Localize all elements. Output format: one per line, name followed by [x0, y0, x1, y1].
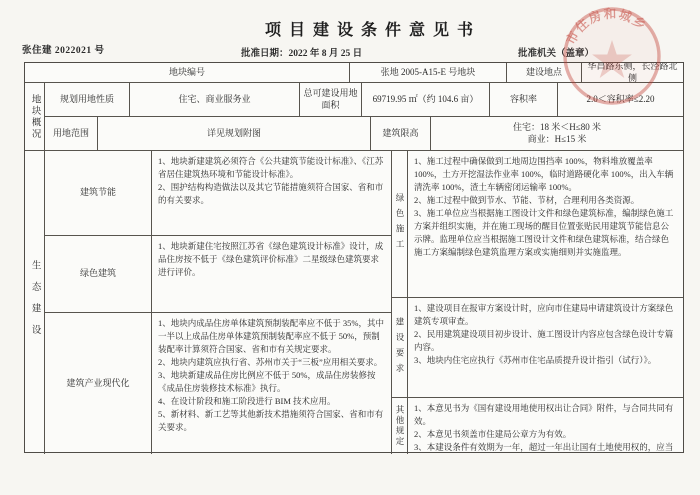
eco-section: 生态建设 建筑节能 1、地块新建建筑必须符合《公共建筑节能设计标准》、《江苏省居… [25, 151, 683, 454]
green-building-label: 绿色建筑 [45, 236, 152, 313]
total-area-value: 69719.95 ㎡（约 104.6 亩） [362, 83, 490, 117]
row-scope: 用地范围 详见规划附图 建筑限高 住宅：18 米＜H≤80 米 商业：H≤15 … [45, 117, 683, 151]
industrialization-content: 1、地块内成品住房单体建筑预制装配率应不低于 35%，其中一半以上成品住房单体建… [152, 313, 392, 454]
construction-requirements-content: 1、建设项目在报审方案设计时，应向市住建局申请建筑设计方案绿色建筑专项审查。 2… [408, 298, 683, 398]
total-area-label: 总可建设用地面积 [300, 83, 362, 117]
eco-section-label: 生态建设 [28, 260, 40, 346]
height-limit-label: 建筑限高 [371, 117, 431, 151]
eco-row-energy: 建筑节能 1、地块新建建筑必须符合《公共建筑节能设计标准》、《江苏省居住建筑热环… [45, 151, 392, 236]
eco-row-industrialization: 建筑产业现代化 1、地块内成品住房单体建筑预制装配率应不低于 35%，其中一半以… [45, 313, 392, 454]
height-limit-value: 住宅：18 米＜H≤80 米 商业：H≤15 米 [431, 117, 683, 151]
row-land-use: 规划用地性质 住宅、商业服务业 总可建设用地面积 69719.95 ㎡（约 10… [45, 83, 683, 117]
row-plot-number: 地块编号 张地 2005-A15-E 号地块 建设地点 华昌路东侧，长泾路北侧 [25, 63, 683, 83]
green-construction-header: 绿色施工 [392, 151, 408, 298]
approval-org-label: 批准机关（盖章） [518, 45, 594, 59]
page-title: 项 目 建 设 条 件 意 见 书 [40, 17, 700, 40]
approval-date: 批准日期：2022 年 8 月 25 日 [241, 45, 362, 59]
row-other-regulations: 其他规定 1、本意见书为《国有建设用地使用权出让合同》附件，与合同共同有效。 2… [392, 398, 683, 454]
green-construction-label: 绿色施工 [394, 193, 405, 255]
other-regulations-label: 其他规定 [394, 405, 405, 447]
plot-number-label: 地块编号 [25, 63, 350, 83]
energy-saving-label: 建筑节能 [45, 151, 152, 236]
eco-section-header: 生态建设 [25, 151, 45, 454]
eco-right-column: 绿色施工 1、施工过程中确保做到工地周边围挡率 100%，物料堆放覆盖率 100… [392, 151, 683, 454]
far-label: 容积率 [490, 83, 558, 117]
energy-saving-content: 1、地块新建建筑必须符合《公共建筑节能设计标准》、《江苏省居住建筑热环境和节能设… [152, 151, 392, 236]
construction-requirements-header: 建设要求 [392, 298, 408, 398]
scope-value: 详见规划附图 [98, 117, 371, 151]
land-use-value: 住宅、商业服务业 [130, 83, 300, 117]
plot-section-label: 地块概况 [28, 94, 40, 140]
row-green-construction: 绿色施工 1、施工过程中确保做到工地周边围挡率 100%，物料堆放覆盖率 100… [392, 151, 683, 298]
green-building-content: 1、地块新建住宅按照江苏省《绿色建筑设计标准》设计，成品住房按不低于《绿色建筑评… [152, 236, 392, 313]
other-regulations-content: 1、本意见书为《国有建设用地使用权出让合同》附件，与合同共同有效。 2、本意见书… [408, 398, 683, 454]
far-value: 2.0＜容积率≤2.20 [558, 83, 683, 117]
eco-left-column: 建筑节能 1、地块新建建筑必须符合《公共建筑节能设计标准》、《江苏省居住建筑热环… [45, 151, 392, 454]
plot-number-value: 张地 2005-A15-E 号地块 [350, 63, 507, 83]
scope-label: 用地范围 [45, 117, 98, 151]
green-construction-content: 1、施工过程中确保做到工地周边围挡率 100%，物料堆放覆盖率 100%，土方开… [408, 151, 683, 298]
conditions-table: 地块编号 张地 2005-A15-E 号地块 建设地点 华昌路东侧，长泾路北侧 … [24, 62, 684, 453]
plot-overview-block: 地块概况 规划用地性质 住宅、商业服务业 总可建设用地面积 69719.95 ㎡… [25, 83, 683, 151]
row-construction-requirements: 建设要求 1、建设项目在报审方案设计时，应向市住建局申请建筑设计方案绿色建筑专项… [392, 298, 683, 398]
document-page: 张住建 2022021 号 项 目 建 设 条 件 意 见 书 批准日期：202… [0, 0, 700, 495]
other-regulations-header: 其他规定 [392, 398, 408, 454]
doc-number: 张住建 2022021 号 [22, 42, 105, 56]
construction-requirements-label: 建设要求 [394, 317, 405, 379]
location-label: 建设地点 [507, 63, 582, 83]
industrialization-label: 建筑产业现代化 [45, 313, 152, 454]
eco-row-green-building: 绿色建筑 1、地块新建住宅按照江苏省《绿色建筑设计标准》设计，成品住房按不低于《… [45, 236, 392, 313]
location-value: 华昌路东侧，长泾路北侧 [582, 63, 683, 83]
plot-section-header: 地块概况 [25, 83, 45, 151]
land-use-label: 规划用地性质 [45, 83, 130, 117]
